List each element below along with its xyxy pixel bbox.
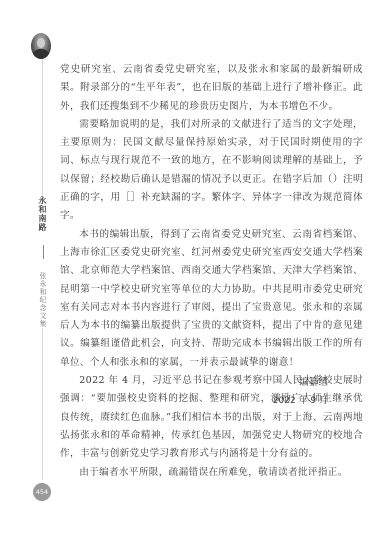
title-separator <box>43 245 44 259</box>
signature-date: 2022 年 9 月 <box>273 393 328 406</box>
book-title: 永和南路 <box>38 196 48 232</box>
portrait-body <box>32 49 50 59</box>
portrait-face <box>37 38 45 48</box>
paragraph: 由于编者水平所限，疏漏错误在所难免，敬请读者批评指正。 <box>60 464 363 482</box>
running-title: 永和南路 张永和纪念文集 <box>34 196 50 328</box>
paragraph: 本书的编辑出版，得到了云南省委党史研究室、云南省档案馆、上海市徐汇区委党史研究室… <box>60 226 363 372</box>
signature: 编纂组 <box>299 374 328 388</box>
page-number: 454 <box>33 483 51 501</box>
paragraph: 党史研究室、云南省委党史研究室，以及张永和家属的最新编研成果。附录部分的“生平年… <box>60 61 363 116</box>
author-portrait <box>31 33 51 59</box>
body-text: 党史研究室、云南省委党史研究室，以及张永和家属的最新编研成果。附录部分的“生平年… <box>60 61 363 482</box>
book-subtitle: 张永和纪念文集 <box>39 272 47 328</box>
paragraph: 需要略加说明的是，我们对所录的文献进行了适当的文字处理，主要原则为：民国文献尽量… <box>60 116 363 226</box>
